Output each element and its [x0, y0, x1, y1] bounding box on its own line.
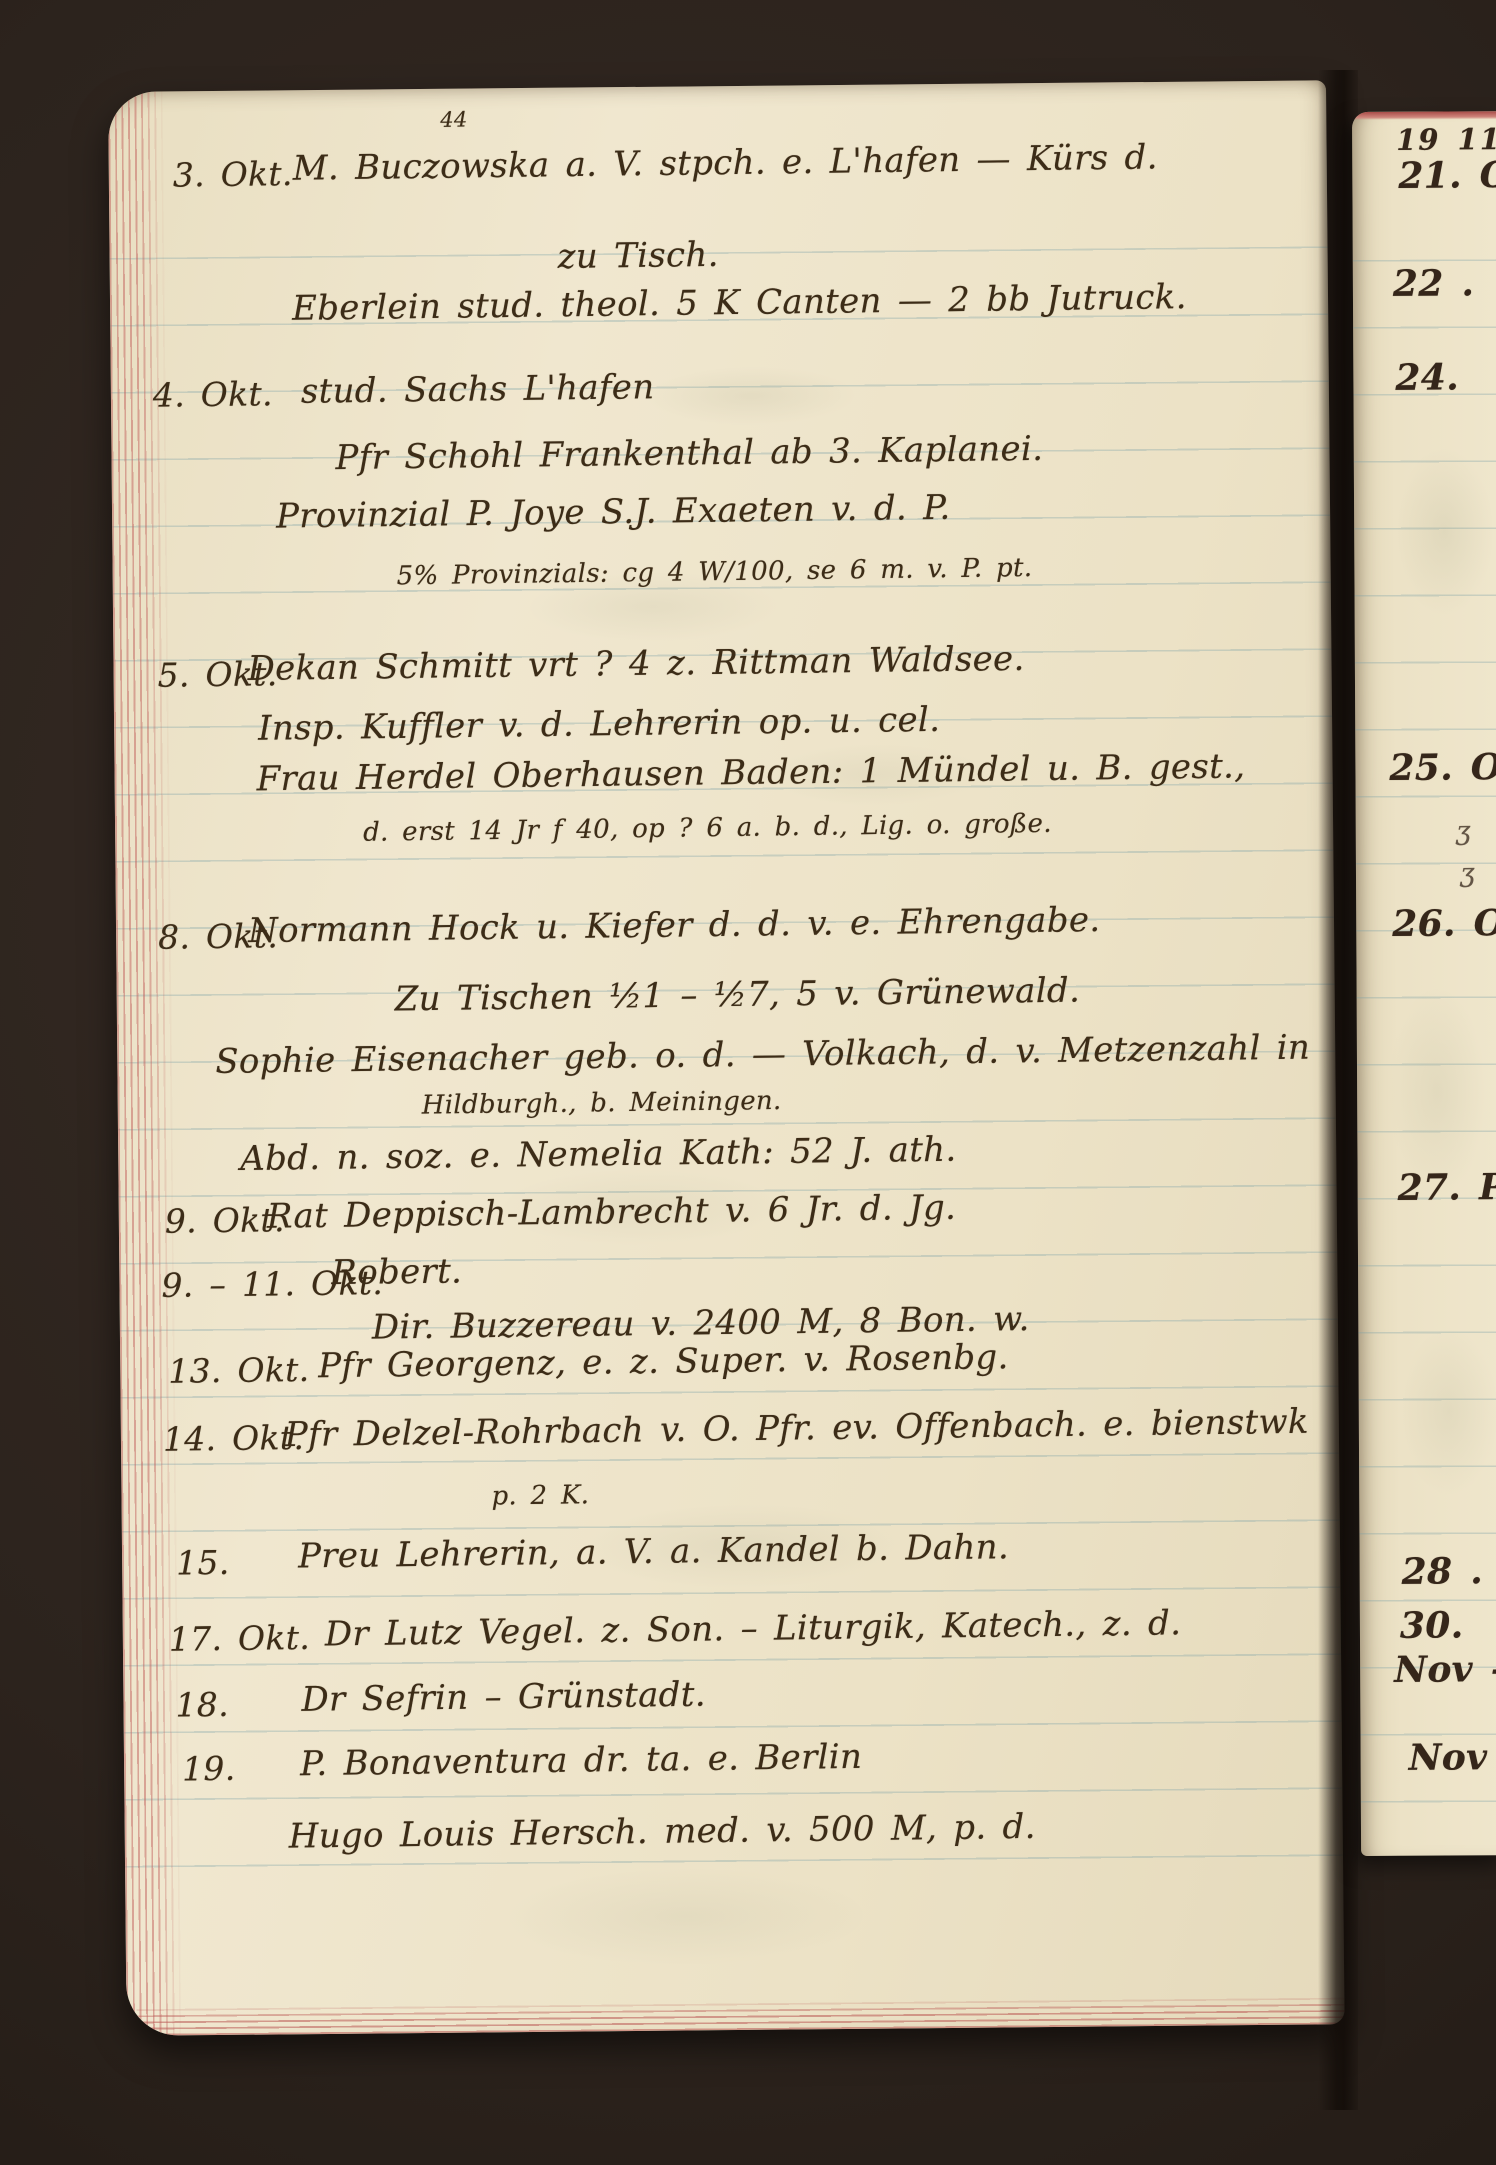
manuscript-line: Robert. [331, 1252, 462, 1292]
manuscript-line: 44 [440, 109, 468, 133]
date-label: 21. O [1398, 155, 1496, 196]
date-label: 24. [1395, 357, 1459, 398]
manuscript-line: Provinzial P. Joye S.J. Exaeten v. d. P. [276, 489, 951, 536]
date-label: 30. [1400, 1605, 1464, 1646]
left-page: 3. Okt.M. Buczowska a. V. stpch. e. L'ha… [108, 80, 1345, 2036]
manuscript-line: Pfr Delzel-Rohrbach v. O. Pfr. ev. Offen… [285, 1403, 1309, 1454]
date-label: 27. P [1397, 1167, 1496, 1208]
manuscript-line: Hildburgh., b. Meiningen. [422, 1087, 782, 1121]
manuscript-line: Preu Lehrerin, a. V. a. Kandel b. Dahn. [298, 1528, 1009, 1575]
manuscript-line: Dekan Schmitt vrt ? 4 z. Rittman Waldsee… [247, 640, 1025, 688]
date-label: 19. [182, 1751, 236, 1789]
manuscript-line: Normann Hock u. Kiefer d. d. v. e. Ehren… [248, 901, 1101, 950]
manuscript-line: Dr Sefrin – Grünstadt. [301, 1676, 706, 1719]
manuscript-line: Zu Tischen ½1 – ½7, 5 v. Grünewald. [394, 972, 1080, 1019]
photo-background: 3. Okt.M. Buczowska a. V. stpch. e. L'ha… [0, 0, 1496, 2165]
manuscript-line: Pfr Georgenz, e. z. Super. v. Rosenbg. [318, 1338, 1009, 1385]
manuscript-line: Insp. Kuffler v. d. Lehrerin op. u. cel. [258, 701, 941, 748]
manuscript-line: Rat Deppisch-Lambrecht v. 6 Jr. d. Jg. [267, 1189, 957, 1236]
manuscript-line: Hugo Louis Hersch. med. v. 500 M, p. d. [289, 1808, 1036, 1856]
manuscript-line: Abd. n. soz. e. Nemelia Kath: 52 J. ath. [240, 1131, 957, 1178]
manuscript-line: stud. Sachs L'hafen [301, 368, 655, 411]
manuscript-line: p. 2 K. [491, 1481, 589, 1511]
left-page-text: 3. Okt.M. Buczowska a. V. stpch. e. L'ha… [108, 80, 1326, 92]
manuscript-line: d. erst 14 Jr f 40, op ? 6 a. b. d., Lig… [363, 810, 1052, 848]
text-fragment: ʒ [1456, 817, 1471, 846]
manuscript-line: Dr Lutz Vegel. z. Son. – Liturgik, Katec… [325, 1604, 1182, 1653]
right-page-top-edge [1352, 111, 1496, 120]
manuscript-line: Eberlein stud. theol. 5 K Canten — 2 bb … [292, 278, 1187, 328]
date-label: 15. [176, 1545, 230, 1583]
date-label: Nov [1408, 1737, 1487, 1778]
date-label: 3. Okt. [173, 156, 293, 195]
right-page: 19 1121. O22 .24.25. Okʒʒ26. Ok27. P28 .… [1352, 111, 1496, 1856]
manuscript-line: Pfr Schohl Frankenthal ab 3. Kaplanei. [335, 430, 1043, 477]
manuscript-line: M. Buczowska a. V. stpch. e. L'hafen — K… [292, 138, 1157, 187]
date-label: 22 . [1393, 263, 1475, 304]
date-label: 4. Okt. [153, 376, 273, 415]
date-label: 17. Okt. [169, 1620, 311, 1659]
year-label: 19 11 [1396, 123, 1496, 156]
date-label: 28 . [1401, 1551, 1483, 1592]
date-label: 14. Okt. [163, 1420, 305, 1459]
manuscript-line: Frau Herdel Oberhausen Baden: 1 Mündel u… [256, 747, 1245, 798]
manuscript-line: zu Tisch. [557, 236, 719, 276]
date-label: 26. Ok [1392, 903, 1496, 945]
date-label: 18. [175, 1687, 229, 1725]
manuscript-line: 5% Provinzials: cg 4 W/100, se 6 m. v. P… [396, 554, 1032, 591]
text-fragment: ʒ [1460, 859, 1475, 888]
left-page-bottom-edge [136, 1994, 1344, 2036]
manuscript-line: Sophie Eisenacher geb. o. d. — Volkach, … [215, 1029, 1310, 1081]
date-label: 13. Okt. [168, 1352, 310, 1391]
manuscript-line: P. Bonaventura dr. ta. e. Berlin [300, 1738, 863, 1783]
date-label: 25. Ok [1389, 747, 1496, 789]
date-label: Nov — [1394, 1649, 1496, 1690]
